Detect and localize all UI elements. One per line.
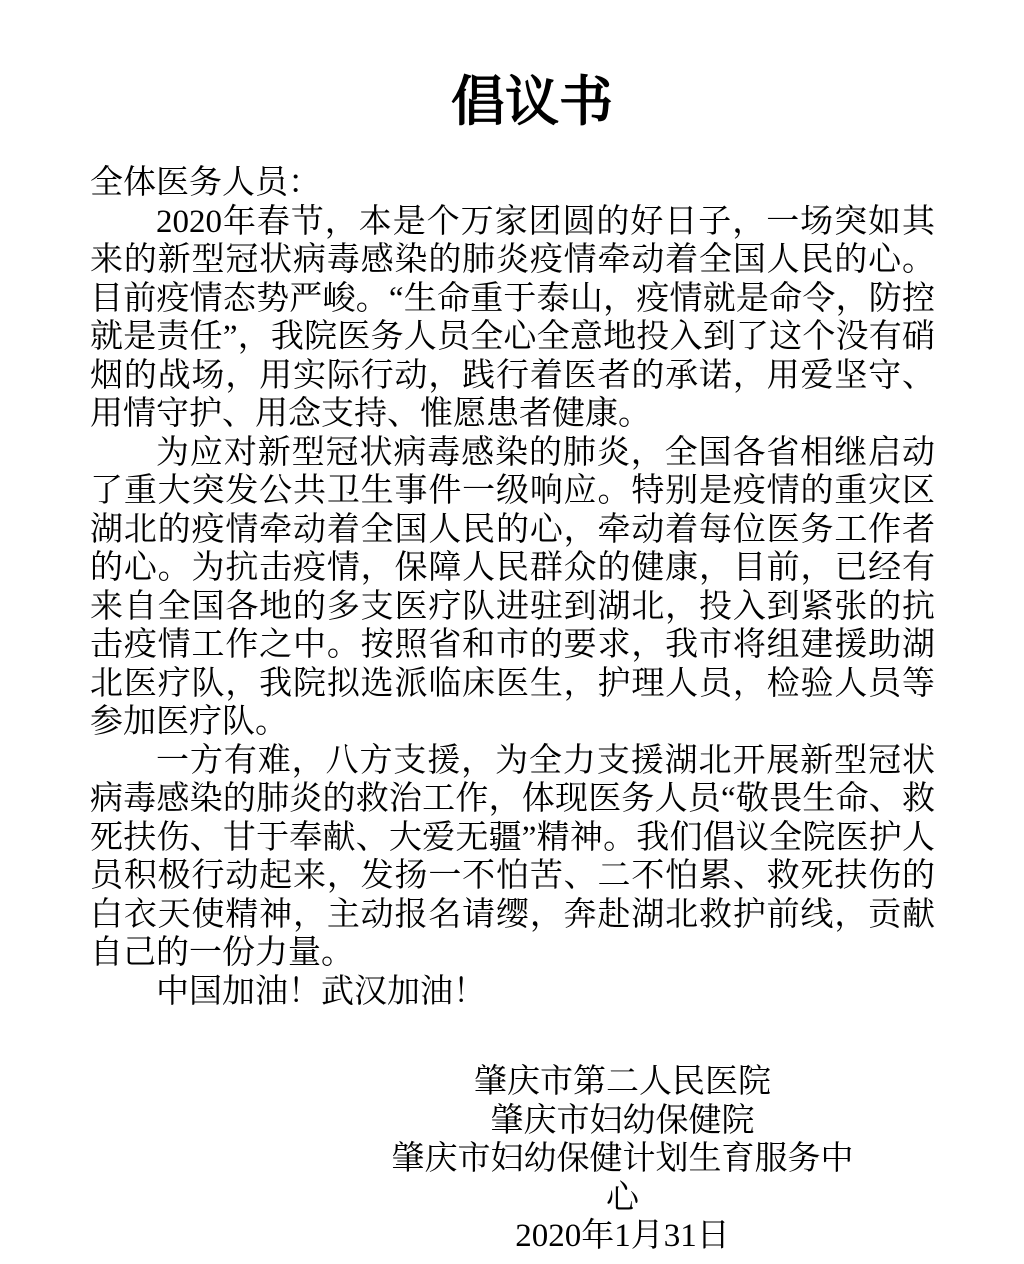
paragraph-3-line: 自己的一份力量。	[90, 934, 935, 973]
paragraph-3-line: 病毒感染的肺炎的救治工作，体现医务人员“敬畏生命、救	[90, 780, 935, 819]
signature-line: 肇庆市妇幼保健院	[376, 1102, 869, 1141]
paragraph-3-line: 员积极行动起来，发扬一不怕苦、二不怕累、救死扶伤的	[90, 857, 935, 896]
signature-block: 肇庆市第二人民医院 肇庆市妇幼保健院 肇庆市妇幼保健计划生育服务中心 2020年…	[376, 1063, 869, 1256]
paragraph-1-line: 就是责任”，我院医务人员全心全意地投入到了这个没有硝	[90, 318, 935, 357]
document-title: 倡议书	[20, 70, 1024, 134]
paragraph-4-line: 中国加油！武汉加油！	[90, 973, 935, 1012]
signature-line: 肇庆市第二人民医院	[376, 1063, 869, 1102]
paragraph-2-line: 湖北的疫情牵动着全国人民的心，牵动着每位医务工作者	[90, 511, 935, 550]
paragraph-2-line: 来自全国各地的多支医疗队进驻到湖北，投入到紧张的抗	[90, 588, 935, 627]
paragraph-1-line: 来的新型冠状病毒感染的肺炎疫情牵动着全国人民的心。	[90, 241, 935, 280]
paragraph-3-line: 一方有难，八方支援，为全力支援湖北开展新型冠状	[90, 742, 935, 781]
paragraph-2-line: 参加医疗队。	[90, 703, 935, 742]
paragraph-3-line: 死扶伤、甘于奉献、大爱无疆”精神。我们倡议全院医护人	[90, 819, 935, 858]
paragraph-1-line: 2020年春节，本是个万家团圆的好日子，一场突如其	[90, 203, 935, 242]
paragraph-2-line: 的心。为抗击疫情，保障人民群众的健康，目前，已经有	[90, 549, 935, 588]
paragraph-1-line: 烟的战场，用实际行动，践行着医者的承诺，用爱坚守、	[90, 357, 935, 396]
date-line: 2020年1月31日	[376, 1217, 869, 1256]
paragraph-2-line: 击疫情工作之中。按照省和市的要求，我市将组建援助湖	[90, 626, 935, 665]
paragraph-1-line: 目前疫情态势严峻。“生命重于泰山，疫情就是命令，防控	[90, 280, 935, 319]
document-body: 全体医务人员： 2020年春节，本是个万家团圆的好日子，一场突如其 来的新型冠状…	[90, 164, 935, 1011]
paragraph-2-line: 为应对新型冠状病毒感染的肺炎，全国各省相继启动	[90, 434, 935, 473]
salutation-line: 全体医务人员：	[90, 164, 935, 203]
signature-line: 肇庆市妇幼保健计划生育服务中心	[376, 1140, 869, 1217]
document-page: 倡议书 全体医务人员： 2020年春节，本是个万家团圆的好日子，一场突如其 来的…	[0, 0, 1024, 1264]
paragraph-2-line: 北医疗队，我院拟选派临床医生，护理人员，检验人员等	[90, 665, 935, 704]
paragraph-1-line: 用情守护、用念支持、惟愿患者健康。	[90, 395, 935, 434]
paragraph-2-line: 了重大突发公共卫生事件一级响应。特别是疫情的重灾区	[90, 472, 935, 511]
paragraph-3-line: 白衣天使精神，主动报名请缨，奔赴湖北救护前线，贡献	[90, 896, 935, 935]
